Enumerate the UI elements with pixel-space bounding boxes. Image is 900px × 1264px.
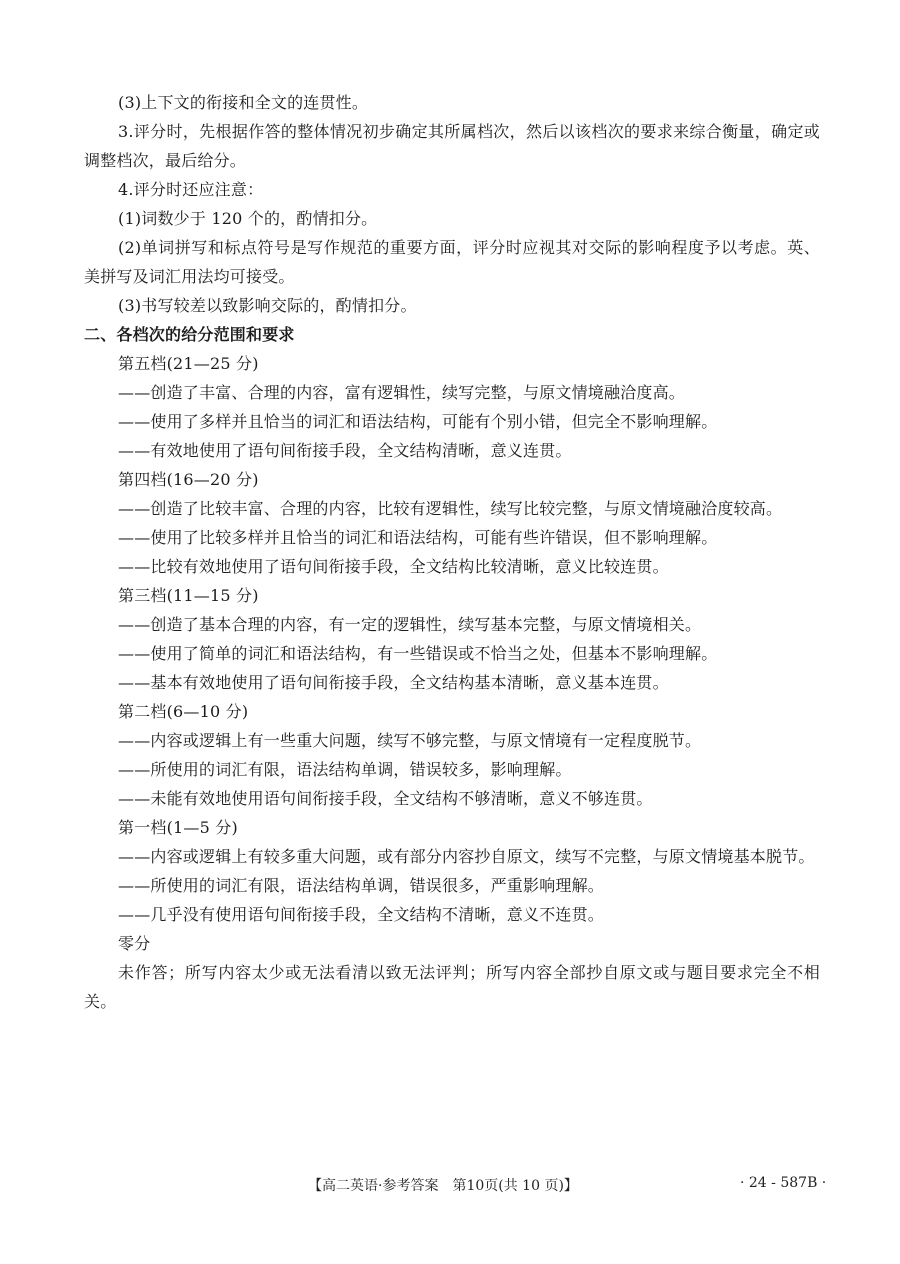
level-item: ——内容或逻辑上有较多重大问题，或有部分内容抄自原文，续写不完整，与原文情境基本…: [84, 842, 820, 871]
level-title: 第四档(16—20 分): [84, 465, 820, 494]
level-item: ——所使用的词汇有限，语法结构单调，错误很多，严重影响理解。: [84, 871, 820, 900]
level-zero-text: 未作答；所写内容太少或无法看清以致无法评判；所写内容全部抄自原文或与题目要求完全…: [84, 958, 820, 1016]
scoring-point-4-title: 4.评分时还应注意：: [84, 175, 820, 204]
level-5: 第五档(21—25 分) ——创造了丰富、合理的内容，富有逻辑性，续写完整，与原…: [84, 349, 820, 465]
level-item: ——几乎没有使用语句间衔接手段，全文结构不清晰，意义不连贯。: [84, 900, 820, 929]
level-title: 零分: [84, 929, 820, 958]
section-heading: 二、各档次的给分范围和要求: [84, 320, 820, 349]
criterion-item-3: (3)上下文的衔接和全文的连贯性。: [84, 88, 820, 117]
footer-page-info: 【高二英语·参考答案 第10页(共 10 页)】: [308, 1175, 578, 1195]
footer-doc-code: · 24 - 587B ·: [740, 1175, 826, 1191]
level-zero: 零分 未作答；所写内容太少或无法看清以致无法评判；所写内容全部抄自原文或与题目要…: [84, 929, 820, 1016]
document-page: (3)上下文的衔接和全文的连贯性。 3.评分时，先根据作答的整体情况初步确定其所…: [84, 88, 820, 1016]
note-1: (1)词数少于 120 个的，酌情扣分。: [84, 204, 820, 233]
level-item: ——使用了多样并且恰当的词汇和语法结构，可能有个别小错，但完全不影响理解。: [84, 407, 820, 436]
level-4: 第四档(16—20 分) ——创造了比较丰富、合理的内容，比较有逻辑性，续写比较…: [84, 465, 820, 581]
level-item: ——创造了丰富、合理的内容，富有逻辑性，续写完整，与原文情境融洽度高。: [84, 378, 820, 407]
level-item: ——使用了比较多样并且恰当的词汇和语法结构，可能有些许错误，但不影响理解。: [84, 523, 820, 552]
scoring-point-3: 3.评分时，先根据作答的整体情况初步确定其所属档次，然后以该档次的要求来综合衡量…: [84, 117, 820, 175]
level-title: 第五档(21—25 分): [84, 349, 820, 378]
level-title: 第一档(1—5 分): [84, 813, 820, 842]
level-1: 第一档(1—5 分) ——内容或逻辑上有较多重大问题，或有部分内容抄自原文，续写…: [84, 813, 820, 929]
level-3: 第三档(11—15 分) ——创造了基本合理的内容，有一定的逻辑性，续写基本完整…: [84, 581, 820, 697]
level-title: 第二档(6—10 分): [84, 697, 820, 726]
level-2: 第二档(6—10 分) ——内容或逻辑上有一些重大问题，续写不够完整，与原文情境…: [84, 697, 820, 813]
level-item: ——内容或逻辑上有一些重大问题，续写不够完整，与原文情境有一定程度脱节。: [84, 726, 820, 755]
level-item: ——创造了基本合理的内容，有一定的逻辑性，续写基本完整，与原文情境相关。: [84, 610, 820, 639]
note-2: (2)单词拼写和标点符号是写作规范的重要方面，评分时应视其对交际的影响程度予以考…: [84, 233, 820, 291]
level-item: ——未能有效地使用语句间衔接手段，全文结构不够清晰，意义不够连贯。: [84, 784, 820, 813]
level-item: ——创造了比较丰富、合理的内容，比较有逻辑性，续写比较完整，与原文情境融洽度较高…: [84, 494, 820, 523]
level-item: ——有效地使用了语句间衔接手段，全文结构清晰，意义连贯。: [84, 436, 820, 465]
level-item: ——比较有效地使用了语句间衔接手段，全文结构比较清晰，意义比较连贯。: [84, 552, 820, 581]
level-title: 第三档(11—15 分): [84, 581, 820, 610]
level-item: ——使用了简单的词汇和语法结构，有一些错误或不恰当之处，但基本不影响理解。: [84, 639, 820, 668]
level-item: ——所使用的词汇有限，语法结构单调，错误较多，影响理解。: [84, 755, 820, 784]
note-3: (3)书写较差以致影响交际的，酌情扣分。: [84, 291, 820, 320]
level-item: ——基本有效地使用了语句间衔接手段，全文结构基本清晰，意义基本连贯。: [84, 668, 820, 697]
